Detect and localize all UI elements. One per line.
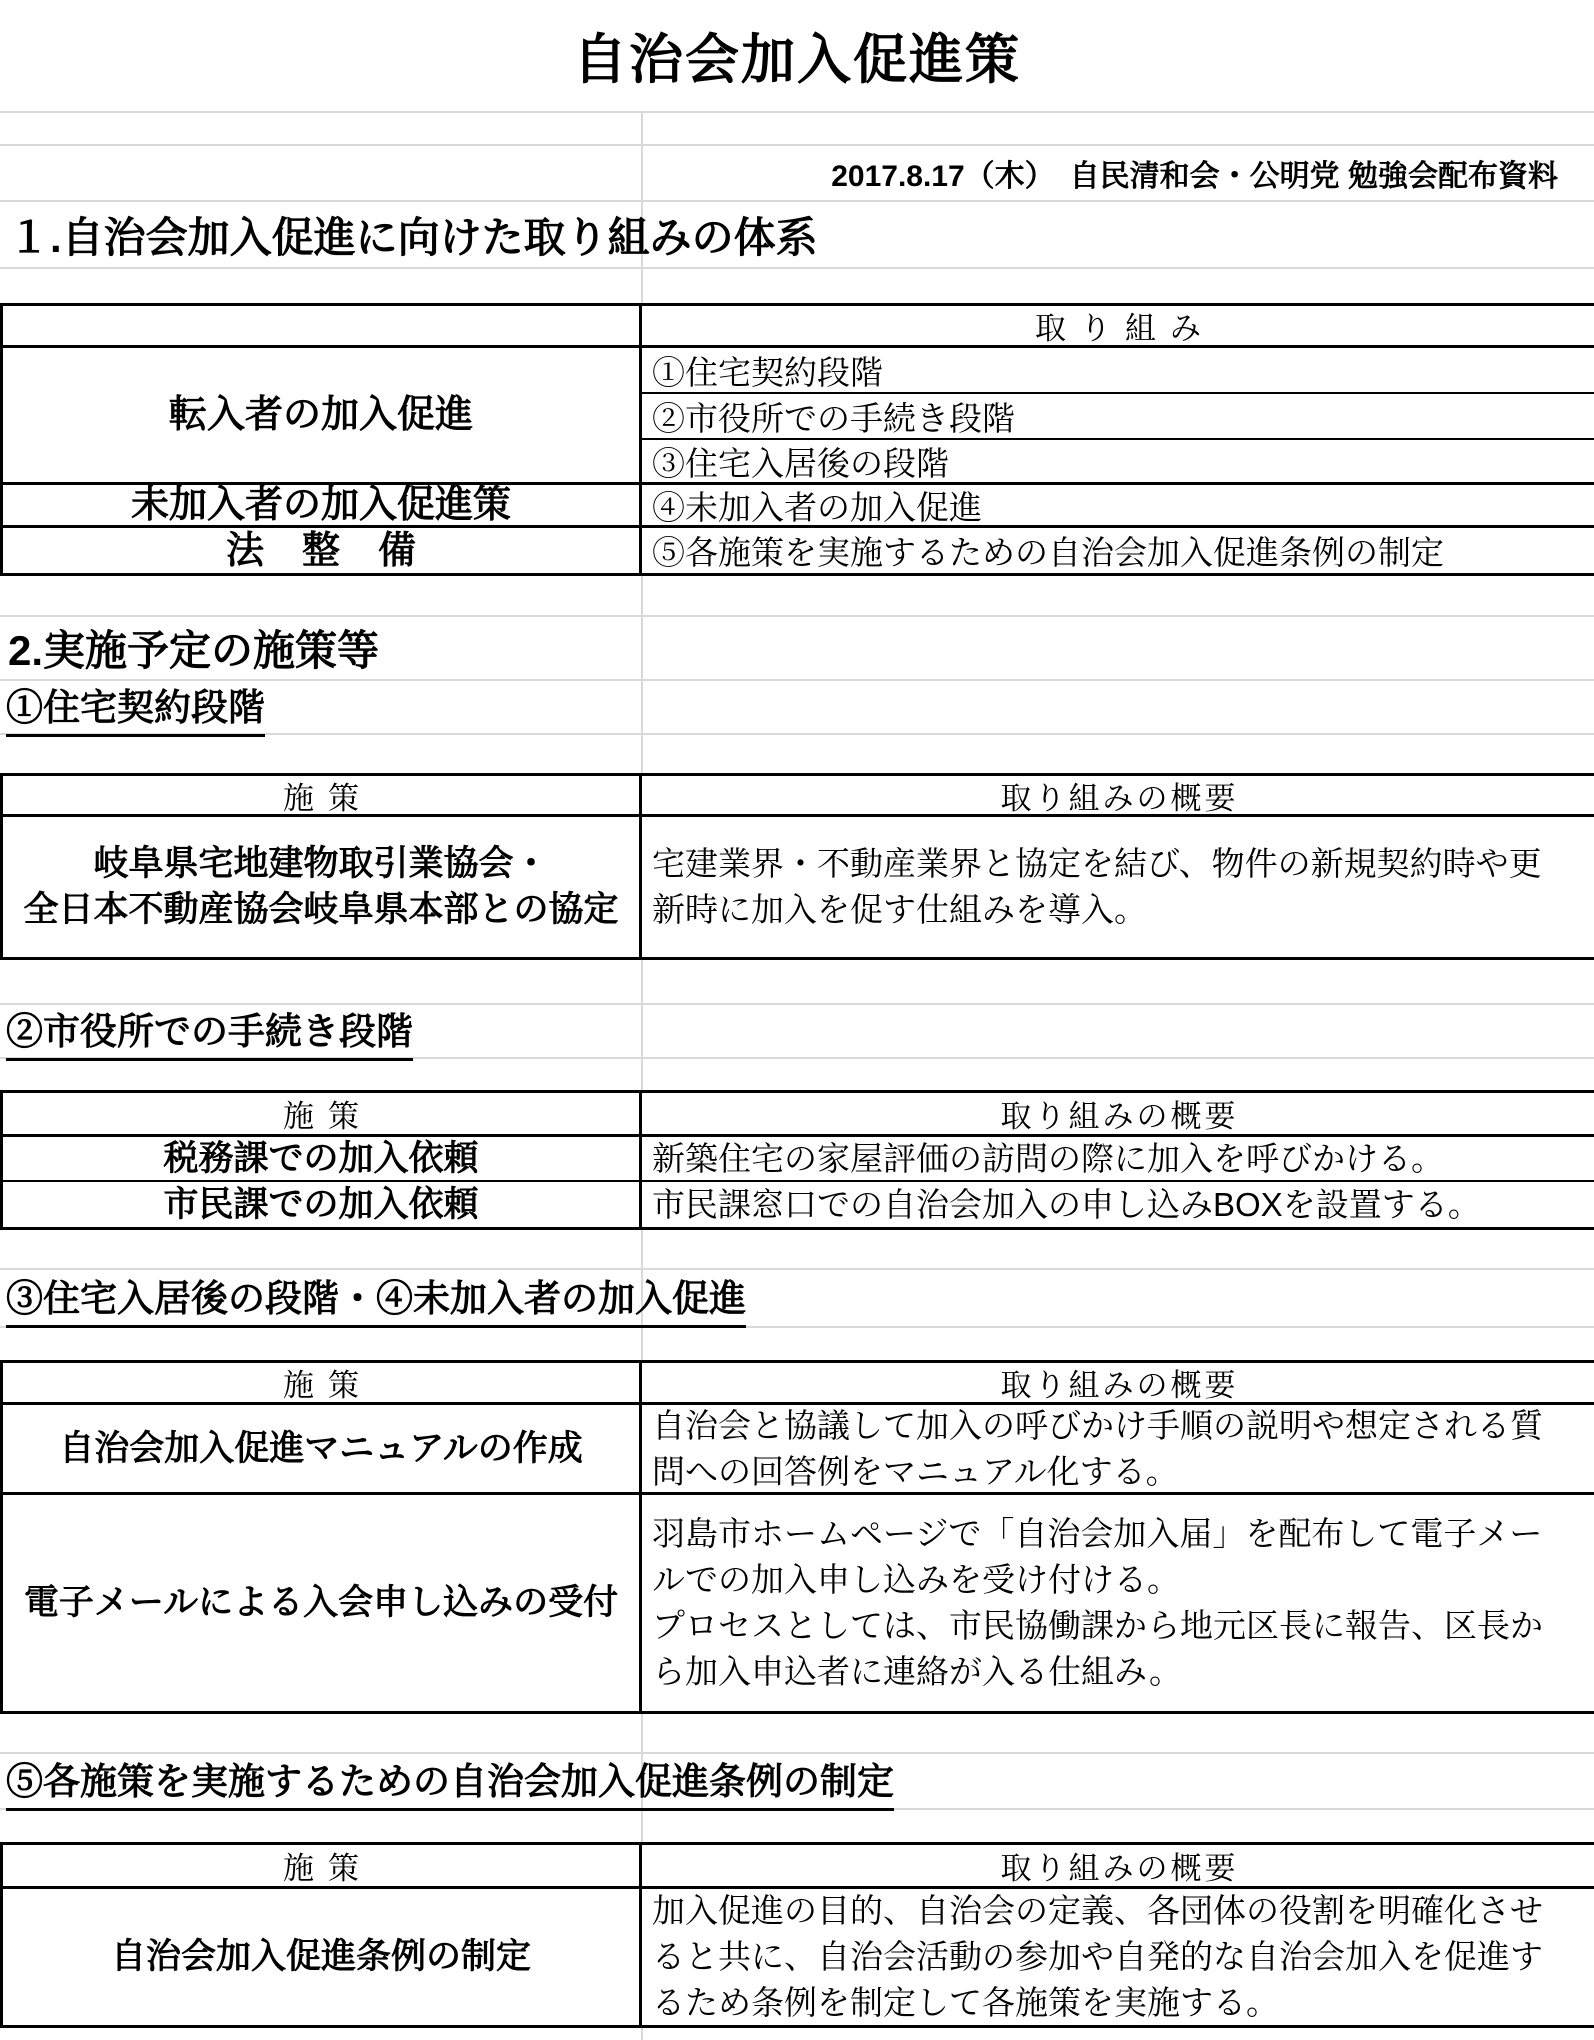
table1-group-hoseibi: 法 整 備 — [3, 528, 642, 573]
subsection3-heading-row: ③住宅入居後の段階・④未加入者の加入促進 — [0, 1270, 1594, 1328]
empty-row — [0, 960, 1594, 1005]
subsection5-heading: ⑤各施策を実施するための自治会加入促進条例の制定 — [6, 1751, 894, 1811]
subsection2-heading: ②市役所での手続き段階 — [6, 1001, 413, 1061]
table4-header-summary: 取り組みの概要 — [642, 1363, 1594, 1405]
empty-row — [0, 576, 1594, 617]
section1-heading: １.自治会加入促進に向けた取り組みの体系 — [8, 205, 818, 265]
subsection3-table: 施策 取り組みの概要 自治会加入促進マニュアルの作成 自治会と協議して加入の呼び… — [0, 1360, 1594, 1714]
empty-row — [0, 2028, 1594, 2040]
document-page: 自治会加入促進策 2017.8.17（木） 自民清和会・公明党 勉強会配布資料 … — [0, 0, 1594, 2040]
table4-row1-summary: 自治会と協議して加入の呼びかけ手順の説明や想定される質問への回答例をマニュアル化… — [642, 1405, 1594, 1495]
table1-group-tennyusha: 転入者の加入促進 — [3, 348, 642, 485]
section2-heading: 2.実施予定の施策等 — [8, 618, 379, 678]
table1-header-policy — [3, 306, 642, 348]
table2-row-summary: 宅建業界・不動産業界と協定を結び、物件の新規契約時や更新時に加入を促す仕組みを導… — [642, 817, 1594, 957]
table4-row1-policy: 自治会加入促進マニュアルの作成 — [3, 1405, 642, 1495]
table5-header-summary: 取り組みの概要 — [642, 1845, 1594, 1889]
empty-row — [0, 269, 1594, 303]
empty-row — [0, 735, 1594, 773]
section2-heading-row: 2.実施予定の施策等 — [0, 617, 1594, 681]
table3-row1-summary: 新築住宅の家屋評価の訪問の際に加入を呼びかける。 — [642, 1137, 1594, 1182]
table1-item-4: ④未加入者の加入促進 — [642, 485, 1594, 528]
table2-header-summary: 取り組みの概要 — [642, 776, 1594, 817]
table1-item-5: ⑤各施策を実施するための自治会加入促進条例の制定 — [642, 528, 1594, 573]
table4-row2-summary: 羽島市ホームページで「自治会加入届」を配布して電子メールでの加入申し込みを受け付… — [642, 1495, 1594, 1711]
table1-item-2: ②市役所での手続き段階 — [642, 394, 1594, 440]
table1-item-1: ①住宅契約段階 — [642, 348, 1594, 394]
table1-group-mikanyusha: 未加入者の加入促進策 — [3, 485, 642, 528]
subsection2-table: 施策 取り組みの概要 税務課での加入依頼 新築住宅の家屋評価の訪問の際に加入を呼… — [0, 1090, 1594, 1230]
table2-row-policy: 岐阜県宅地建物取引業協会・ 全日本不動産協会岐阜県本部との協定 — [3, 817, 642, 957]
page-title: 自治会加入促進策 — [573, 17, 1021, 94]
subsection5-heading-row: ⑤各施策を実施するための自治会加入促進条例の制定 — [0, 1754, 1594, 1810]
table3-row2-summary: 市民課窓口での自治会加入の申し込みBOXを設置する。 — [642, 1182, 1594, 1227]
table3-header-summary: 取り組みの概要 — [642, 1093, 1594, 1137]
table2-header-policy: 施策 — [3, 776, 642, 817]
table5-row-policy: 自治会加入促進条例の制定 — [3, 1889, 642, 2025]
title-row: 自治会加入促進策 — [0, 0, 1594, 113]
table5-header-policy: 施策 — [3, 1845, 642, 1889]
subsection2-heading-row: ②市役所での手続き段階 — [0, 1005, 1594, 1059]
table3-row2-policy: 市民課での加入依頼 — [3, 1182, 642, 1227]
section1-table: 取り組み 転入者の加入促進 ①住宅契約段階 ②市役所での手続き段階 ③住宅入居後… — [0, 303, 1594, 576]
subsection1-table: 施策 取り組みの概要 岐阜県宅地建物取引業協会・ 全日本不動産協会岐阜県本部との… — [0, 773, 1594, 960]
table1-item-3: ③住宅入居後の段階 — [642, 440, 1594, 485]
empty-row — [0, 1328, 1594, 1360]
subsection1-heading: ①住宅契約段階 — [6, 677, 265, 737]
date-note: 2017.8.17（木） 自民清和会・公明党 勉強会配布資料 — [831, 151, 1558, 195]
empty-row — [0, 1714, 1594, 1754]
table3-header-policy: 施策 — [3, 1093, 642, 1137]
empty-row — [0, 1230, 1594, 1270]
subsection5-table: 施策 取り組みの概要 自治会加入促進条例の制定 加入促進の目的、自治会の定義、各… — [0, 1842, 1594, 2028]
table4-row2-policy: 電子メールによる入会申し込みの受付 — [3, 1495, 642, 1711]
table3-row1-policy: 税務課での加入依頼 — [3, 1137, 642, 1182]
empty-row — [0, 1810, 1594, 1842]
section1-heading-row: １.自治会加入促進に向けた取り組みの体系 — [0, 202, 1594, 269]
table1-header-torikumi: 取り組み — [642, 306, 1594, 348]
table4-header-policy: 施策 — [3, 1363, 642, 1405]
table5-row-summary: 加入促進の目的、自治会の定義、各団体の役割を明確化させると共に、自治会活動の参加… — [642, 1889, 1594, 2025]
subsection3-heading: ③住宅入居後の段階・④未加入者の加入促進 — [6, 1268, 746, 1328]
date-row: 2017.8.17（木） 自民清和会・公明党 勉強会配布資料 — [0, 146, 1594, 202]
subsection1-heading-row: ①住宅契約段階 — [0, 681, 1594, 735]
empty-row — [0, 113, 1594, 146]
empty-row — [0, 1059, 1594, 1090]
